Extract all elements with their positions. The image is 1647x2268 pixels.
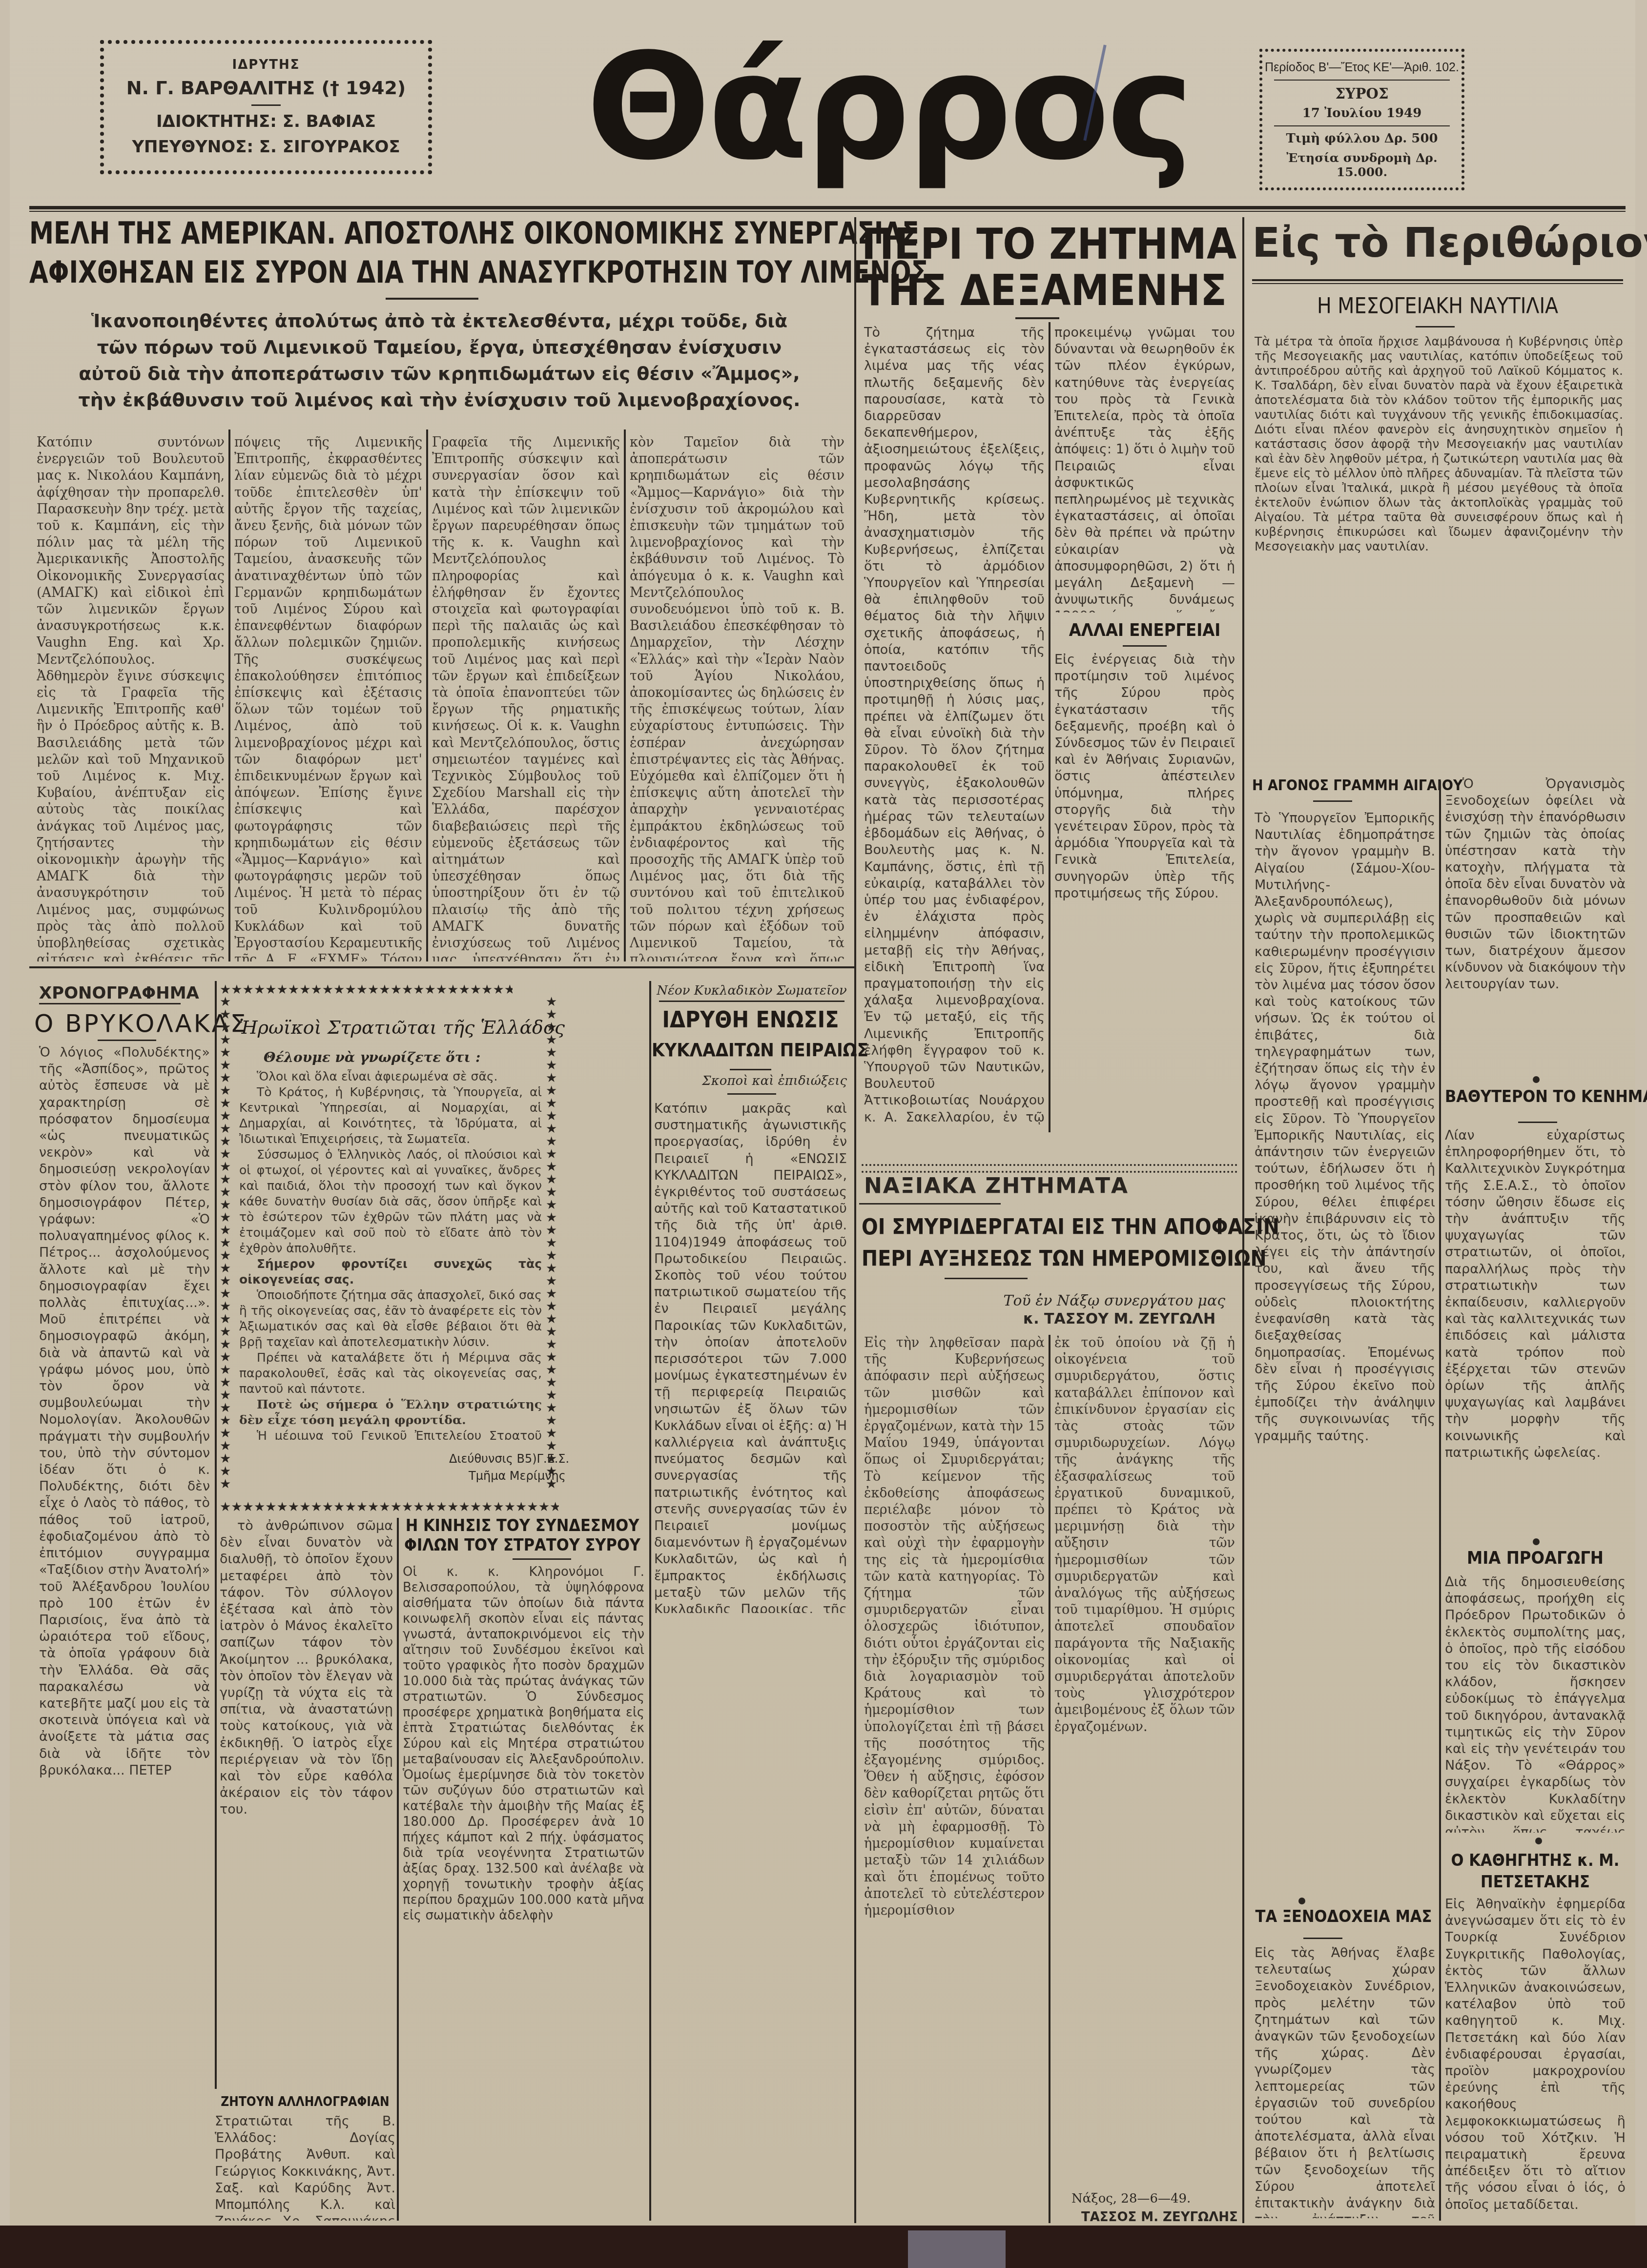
classified-text: Στρατιῶται τῆς Β. Ἑλλάδος: Δογίας Προβάτ…: [215, 2113, 395, 2221]
naxiaka-dateline: Νάξος, 28—6—49.: [1071, 2191, 1191, 2206]
naxiaka-section-label: ΝΑΞΙΑΚΑ ΖΗΤΗΜΑΤΑ: [864, 1174, 1129, 1199]
masthead-left-box: ΙΔΡΥΤΗΣ Ν. Γ. ΒΑΡΘΑΛΙΤΗΣ († 1942) ΙΔΙΟΚΤ…: [100, 40, 432, 174]
soldiers-notice-intro: Θέλουμε νὰ γνωρίζετε ὅτι :: [264, 1049, 480, 1065]
perithorion-text-3: Λίαν εὐχαρίστως ἐπληροφορήθημεν ὅτι, τὸ …: [1445, 1127, 1626, 1532]
divider-ornament: [862, 1164, 1237, 1173]
naxiaka-signature: ΤΑΣΣΟΣ Μ. ΖΕΥΓΩΛΗΣ: [1081, 2210, 1238, 2225]
newspaper-title: Θάρρος: [522, 34, 1255, 181]
enosis-title-1: ΙΔΡΥΘΗ ΕΝΩΣΙΣ: [652, 1005, 849, 1034]
soldiers-notice-signature-2: Τμῆμα Μερίμνης: [469, 1469, 566, 1483]
perithorion-heading-3: ΒΑΘΥΤΕΡΟΝ ΤΟ ΚΕΝΗΜΑ: [1445, 1086, 1626, 1107]
dexameni-subhead: ΑΛΛΑΙ ΕΝΕΡΓΕΙΑΙ: [1054, 620, 1235, 641]
star-border-right: ★★★★★★★★★★★★★★★★★★★★★★★★★★★★★★★★★★★★★★★: [546, 996, 558, 1493]
lead-headline-2: ΑΦΙΧΘΗΣΑΝ ΕΙΣ ΣΥΡΟΝ ΔΙΑ ΤΗΝ ΑΝΑΣΥΓΚΡΟΤΗΣ…: [29, 254, 781, 291]
founder-name: Ν. Γ. ΒΑΡΘΑΛΙΤΗΣ († 1942): [104, 77, 428, 99]
perithorion-title: Εἰς τὸ Περιθώριον: [1252, 217, 1623, 268]
dexameni-column-2: προκειμένῳ γνῶμαι του δύνανται νὰ θεωρηθ…: [1054, 325, 1235, 613]
owner-line: ΙΔΙΟΚΤΗΤΗΣ: Σ. ΒΑΦΙΑΣ: [104, 112, 428, 131]
perithorion-text-5: Εἰς τὰς Ἀθήνας ἔλαβε τελευταίως χώραν Ξε…: [1255, 1945, 1435, 2218]
naxiaka-column-1: Εἰς τὴν ληφθεῖσαν παρὰ τῆς Κυβερνήσεως ἀ…: [864, 1335, 1045, 2223]
sheet-price: Τιμὴ φύλλου Δρ. 500: [1262, 131, 1462, 146]
city: ΣΥΡΟΣ: [1262, 85, 1462, 102]
chronografima-text-cont: τὸ ἀνθρώπινον σῶμα δὲν εἶναι δυνατὸν νὰ …: [220, 1518, 393, 2089]
bullet-icon: [1533, 1076, 1540, 1083]
lead-column-4: κὸν Ταμεῖον διὰ τὴν ἀποπεράτωσιν τῶν κρη…: [630, 434, 844, 961]
bullet-icon: [1535, 1838, 1542, 1844]
star-border-left: ★★★★★★★★★★★★★★★★★★★★★★★★★★★★★★★★★★★★★★★: [220, 996, 232, 1493]
dexameni-headline-2: ΤΗΣ ΔΕΞΑΜΕΝΗΣ: [862, 266, 1223, 315]
bullet-icon: [1533, 1538, 1540, 1545]
lead-column-1: Κατόπιν συντόνων ἐνεργειῶν τοῦ Βουλευτοῦ…: [37, 434, 225, 961]
enosis-subtitle: Σκοποὶ καὶ ἐπιδιώξεις: [654, 1074, 847, 1088]
lead-subhead: Ἱκανοποιηθέντες ἀπολύτως ἀπὸ τὰ ἐκτελεσθ…: [73, 307, 805, 413]
perithorion-text-6: Εἰς Ἀθηναϊκὴν ἐφημερίδα ἀνεγνώσαμεν ὅτι …: [1445, 1896, 1626, 2218]
perithorion-heading-5: ΤΑ ΞΕΝΟΔΟΧΕΙΑ ΜΑΣ: [1252, 1906, 1435, 1927]
masthead-right-box: Περίοδος Β'—Ἔτος ΚΕ'—Ἀριθ. 102. ΣΥΡΟΣ 17…: [1259, 49, 1464, 190]
perithorion-heading-4: ΜΙΑ ΠΡΟΑΓΩΓΗ: [1445, 1547, 1626, 1570]
newspaper-page: ΙΔΡΥΤΗΣ Ν. Γ. ΒΑΡΘΑΛΙΤΗΣ († 1942) ΙΔΙΟΚΤ…: [10, 0, 1635, 2226]
star-border-bottom: ★★★★★★★★★★★★★★★★★★★★★★★★★★★★★★★★★★★★★★★★…: [220, 1501, 559, 1513]
scan-bottom-edge: [0, 2226, 1647, 2268]
perithorion-text-4: Διὰ τῆς δημοσιευθείσης ἀποφάσεως, προήχθ…: [1445, 1574, 1626, 1833]
annual-subscription: Ἐτησία συνδρομὴ Δρ. 15.000.: [1262, 151, 1462, 179]
lead-column-3: Γραφεῖα τῆς Λιμενικῆς Ἐπιτροπῆς σύσκεψιν…: [432, 434, 620, 961]
perithorion-heading-2: Η ΑΓΟΝΟΣ ΓΡΑΜΜΗ ΑΙΓΑΙΟΥ: [1252, 776, 1435, 796]
syndesmos-title-2: ΦΙΛΩΝ ΤΟΥ ΣΤΡΑΤΟΥ ΣΥΡΟΥ: [400, 1535, 644, 1555]
chronografima-title: Ο ΒΡΥΚΟΛΑΚΑΣ: [34, 1008, 210, 1039]
perithorion-text-2-cont: Ὁ Ὀργανισμὸς Ξενοδοχείων ὀφείλει νὰ ἐνισ…: [1445, 776, 1626, 1064]
masthead-rule: [29, 206, 1626, 209]
naxiaka-byline-1: Τοῦ ἐν Νάξῳ συνεργάτου μας: [981, 1292, 1225, 1309]
soldiers-notice-body: Ὅλοι καὶ ὅλα εἶναι ἀφιερωμένα σὲ σᾶς. Τὸ…: [239, 1069, 542, 1440]
naxiaka-headline-2: ΠΕΡΙ ΑΥΞΗΣΕΩΣ ΤΩΝ ΗΜΕΡΟΜΙΣΘΙΩΝ: [862, 1245, 1237, 1274]
star-border-top: ★★★★★★★★★★★★★★★★★★★★★★★★★★★★★★★★★★★★★★★★…: [220, 983, 513, 996]
enosis-title-2: ΚΥΚΛΑΔΙΤΩΝ ΠΕΙΡΑΙΩΣ: [652, 1037, 849, 1062]
issue-info: Περίοδος Β'—Ἔτος ΚΕ'—Ἀριθ. 102.: [1262, 61, 1462, 75]
perithorion-heading-1: Η ΜΕΣΟΓΕΙΑΚΗ ΝΑΥΤΙΛΙΑ: [1252, 293, 1623, 320]
bullet-icon: [1298, 1898, 1305, 1904]
dexameni-headline-1: ΠΕΡΙ ΤΟ ΖΗΤΗΜΑ: [862, 220, 1223, 268]
lead-headline-1: ΜΕΛΗ ΤΗΣ ΑΜΕΡΙΚΑΝ. ΑΠΟΣΤΟΛΗΣ ΟΙΚΟΝΟΜΙΚΗΣ…: [29, 215, 781, 252]
syndesmos-text: Οἱ κ. κ. Κληρονόμοι Γ. Βελισσαροπούλου, …: [403, 1564, 644, 2223]
classified-heading: ΖΗΤΟΥΝ ΑΛΛΗΛΟΓΡΑΦΙΑΝ: [215, 2094, 395, 2110]
chronografima-label: ΧΡΟΝΟΓΡΑΦΗΜΑ: [39, 983, 199, 1003]
naxiaka-headline-1: ΟΙ ΣΜΥΡΙΔΕΡΓΑΤΑΙ ΕΙΣ ΤΗΝ ΑΠΟΦΑΣΙΝ: [862, 1213, 1237, 1242]
issue-date: 17 Ἰουλίου 1949: [1262, 106, 1462, 121]
lead-column-2: πόψεις τῆς Λιμενικῆς Ἐπιτροπῆς, ἐκφρασθέ…: [234, 434, 422, 961]
naxiaka-byline-2: κ. ΤΑΣΣΟΥ Μ. ΖΕΥΓΩΛΗ: [991, 1310, 1215, 1328]
naxiaka-column-2: ἐκ τοῦ ὁποίου νὰ ζῇ ἡ οἰκογένεια τοῦ σμυ…: [1054, 1335, 1235, 2179]
soldiers-notice-signature-1: Διεύθυνσις Β5)Γ.Ε.Σ.: [449, 1452, 569, 1466]
editor-line: ΥΠΕΥΘΥΝΟΣ: Σ. ΣΙΓΟΥΡΑΚΟΣ: [104, 137, 428, 157]
syndesmos-title-1: Η ΚΙΝΗΣΙΣ ΤΟΥ ΣΥΝΔΕΣΜΟΥ: [400, 1515, 644, 1536]
founder-label: ΙΔΡΥΤΗΣ: [104, 58, 428, 72]
perithorion-heading-6: Ο ΚΑΘΗΓΗΤΗΣ κ. Μ. ΠΕΤΣΕΤΑΚΗΣ: [1445, 1850, 1626, 1893]
enosis-kicker: Νέον Κυκλαδικὸν Σωματεῖον: [654, 983, 849, 998]
perithorion-text-1: Τὰ μέτρα τὰ ὁποῖα ἤρχισε λαμβάνουσα ἡ Κυ…: [1255, 334, 1623, 759]
dexameni-column-1: Τὸ ζήτημα τῆς ἐγκαταστάσεως εἰς τὸν λιμέ…: [864, 325, 1045, 1125]
chronografima-text: Ὁ λόγιος «Πολυδέκτης» τῆς «Ἀσπίδος», πρῶ…: [39, 1044, 210, 2074]
dexameni-column-3: Εἰς ἐνέργειας διὰ τὴν προτίμησιν τοῦ λιμ…: [1054, 652, 1235, 983]
enosis-text: Κατόπιν μακρᾶς καὶ συστηματικῆς ἀγωνιστι…: [654, 1101, 847, 1613]
soldiers-notice-title: Ἡρωϊκοὶ Στρατιῶται τῆς Ἑλλάδος: [239, 1015, 542, 1040]
